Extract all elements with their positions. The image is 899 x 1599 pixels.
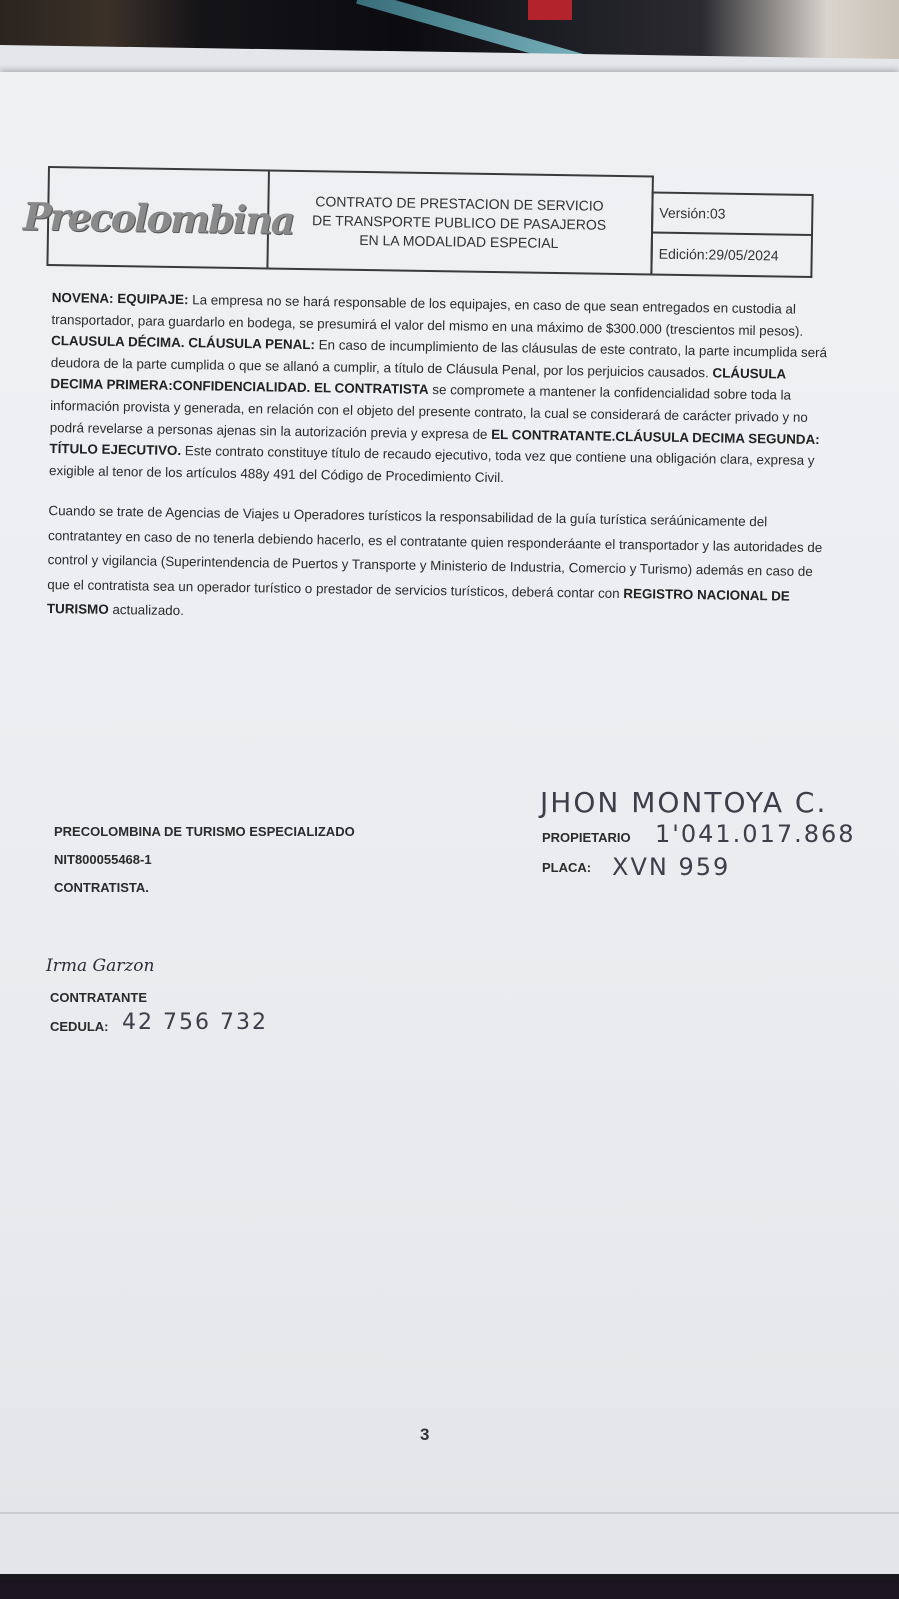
version-cell: Versión:03 — [651, 191, 814, 236]
agencias-tail: actualizado. — [109, 602, 184, 618]
document-title: CONTRATO DE PRESTACION DE SERVICIO DE TR… — [266, 169, 654, 275]
placa-handwritten: XVN 959 — [612, 853, 730, 881]
contratista-label: CONTRATISTA. — [54, 880, 149, 895]
contract-body: NOVENA: EQUIPAJE: La empresa no se hará … — [47, 287, 842, 634]
placa-label: PLACA: — [542, 860, 591, 875]
company-logo: Precolombina — [46, 166, 270, 269]
document-header-table: Precolombina CONTRATO DE PRESTACION DE S… — [46, 166, 830, 294]
company-name: PRECOLOMBINA DE TURISMO ESPECIALIZADO — [54, 824, 355, 839]
photo-background-bottom — [0, 1580, 899, 1599]
next-page-edge — [0, 1512, 899, 1574]
owner-handwritten-name: JHON MONTOYA C. — [540, 786, 827, 819]
edition-cell: Edición:29/05/2024 — [650, 233, 813, 278]
document-meta: Versión:03 Edición:29/05/2024 — [650, 191, 813, 278]
page-number: 3 — [420, 1425, 429, 1445]
company-nit: NIT800055468-1 — [54, 852, 152, 867]
contratante-signature: Irma Garzon — [46, 956, 154, 976]
clauses-paragraph: NOVENA: EQUIPAJE: La empresa no se hará … — [49, 287, 842, 494]
contratante-label: CONTRATANTE — [50, 990, 147, 1005]
cedula-label: CEDULA: — [50, 1019, 109, 1034]
propietario-label: PROPIETARIO — [542, 830, 631, 845]
agencias-paragraph: Cuando se trate de Agencias de Viajes u … — [47, 499, 839, 634]
logo-text: Precolombina — [23, 193, 294, 242]
propietario-id-handwritten: 1'041.017.868 — [655, 820, 856, 848]
cedula-handwritten: 42 756 732 — [122, 1010, 268, 1035]
clause-novena-heading: NOVENA: EQUIPAJE: — [52, 290, 189, 307]
background-red-object — [528, 0, 572, 20]
clause-decima-heading: CLAUSULA DÉCIMA. CLÁUSULA PENAL: — [51, 333, 315, 352]
